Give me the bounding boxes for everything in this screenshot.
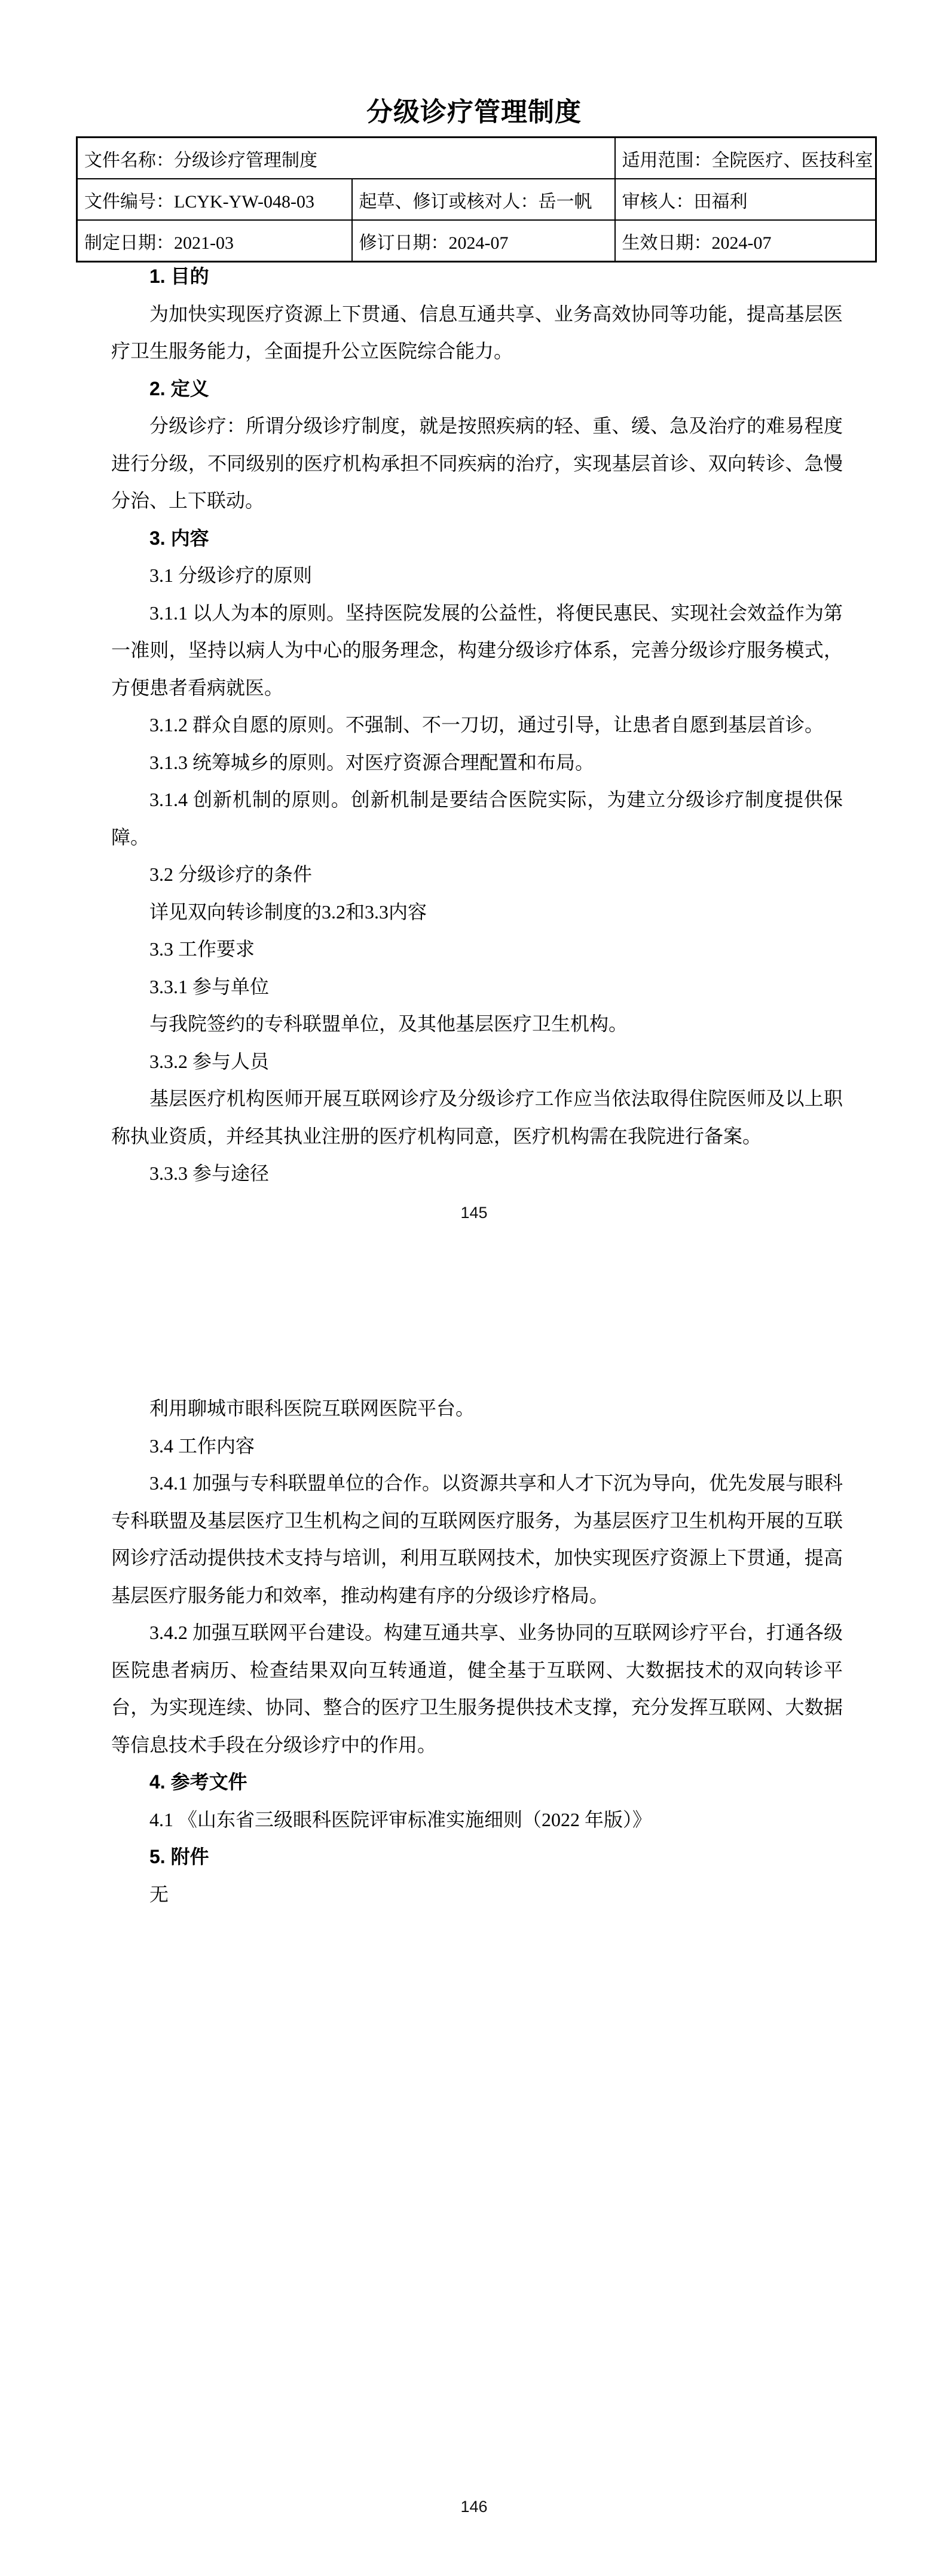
paragraph-3-1-2: 3.1.2 群众自愿的原则。不强制、不一刀切，通过引导，让患者自愿到基层首诊。 xyxy=(111,706,843,744)
subheading-3-3-2: 3.3.2 参与人员 xyxy=(111,1043,843,1081)
info-cell-revised-date: 修订日期：2024-07 xyxy=(352,220,615,262)
info-cell-created-date: 制定日期：2021-03 xyxy=(77,220,352,262)
paragraph-attachment-none: 无 xyxy=(111,1876,843,1913)
subheading-3-2: 3.2 分级诊疗的条件 xyxy=(111,856,843,893)
page-1-content: 1. 目的 为加快实现医疗资源上下贯通、信息互通共享、业务高效协同等功能，提高基… xyxy=(111,258,843,1192)
info-cell-reviewer: 审核人：田福利 xyxy=(615,179,876,220)
subheading-3-3-3: 3.3.3 参与途径 xyxy=(111,1155,843,1192)
subheading-3-3-1: 3.3.1 参与单位 xyxy=(111,968,843,1006)
info-cell-file-name: 文件名称：分级诊疗管理制度 xyxy=(77,138,615,179)
heading-references: 4. 参考文件 xyxy=(111,1763,843,1801)
paragraph-definition: 分级诊疗：所谓分级诊疗制度，就是按照疾病的轻、重、缓、急及治疗的难易程度进行分级… xyxy=(111,407,843,520)
subheading-3-3: 3.3 工作要求 xyxy=(111,930,843,968)
heading-content: 3. 内容 xyxy=(111,520,843,557)
paragraph-purpose: 为加快实现医疗资源上下贯通、信息互通共享、业务高效协同等功能，提高基层医疗卫生服… xyxy=(111,295,843,370)
info-cell-file-number: 文件编号：LCYK-YW-048-03 xyxy=(77,179,352,220)
paragraph-3-4-1: 3.4.1 加强与专科联盟单位的合作。以资源共享和人才下沉为导向，优先发展与眼科… xyxy=(111,1464,843,1614)
page-2-content: 利用聊城市眼科医院互联网医院平台。 3.4 工作内容 3.4.1 加强与专科联盟… xyxy=(111,1390,843,1913)
paragraph-3-2: 详见双向转诊制度的3.2和3.3内容 xyxy=(111,893,843,931)
document-page: 分级诊疗管理制度 文件名称：分级诊疗管理制度 适用范围：全院医疗、医技科室 文件… xyxy=(0,0,948,2576)
paragraph-3-3-3-continued: 利用聊城市眼科医院互联网医院平台。 xyxy=(111,1390,843,1427)
info-cell-effective-date: 生效日期：2024-07 xyxy=(615,220,876,262)
paragraph-4-1: 4.1 《山东省三级眼科医院评审标准实施细则（2022 年版）》 xyxy=(111,1801,843,1839)
page-number-146: 146 xyxy=(0,2495,948,2519)
info-table-row-3: 制定日期：2021-03 修订日期：2024-07 生效日期：2024-07 xyxy=(77,220,876,262)
heading-purpose: 1. 目的 xyxy=(111,258,843,295)
info-table-row-2: 文件编号：LCYK-YW-048-03 起草、修订或核对人：岳一帆 审核人：田福… xyxy=(77,179,876,220)
paragraph-3-1-1: 3.1.1 以人为本的原则。坚持医院发展的公益性，将便民惠民、实现社会效益作为第… xyxy=(111,594,843,707)
info-cell-drafter: 起草、修订或核对人：岳一帆 xyxy=(352,179,615,220)
paragraph-3-3-1: 与我院签约的专科联盟单位，及其他基层医疗卫生机构。 xyxy=(111,1005,843,1043)
document-title: 分级诊疗管理制度 xyxy=(0,93,948,132)
info-table: 文件名称：分级诊疗管理制度 适用范围：全院医疗、医技科室 文件编号：LCYK-Y… xyxy=(76,136,877,263)
paragraph-3-3-2: 基层医疗机构医师开展互联网诊疗及分级诊疗工作应当依法取得住院医师及以上职称执业资… xyxy=(111,1080,843,1155)
heading-attachments: 5. 附件 xyxy=(111,1838,843,1876)
subheading-3-1: 3.1 分级诊疗的原则 xyxy=(111,557,843,594)
subheading-3-4: 3.4 工作内容 xyxy=(111,1427,843,1465)
paragraph-3-1-4: 3.1.4 创新机制的原则。创新机制是要结合医院实际，为建立分级诊疗制度提供保障… xyxy=(111,781,843,856)
info-cell-scope: 适用范围：全院医疗、医技科室 xyxy=(615,138,876,179)
page-number-145: 145 xyxy=(0,1201,948,1225)
paragraph-3-1-3: 3.1.3 统筹城乡的原则。对医疗资源合理配置和布局。 xyxy=(111,744,843,782)
heading-definition: 2. 定义 xyxy=(111,370,843,408)
paragraph-3-4-2: 3.4.2 加强互联网平台建设。构建互通共享、业务协同的互联网诊疗平台，打通各级… xyxy=(111,1614,843,1763)
info-table-row-1: 文件名称：分级诊疗管理制度 适用范围：全院医疗、医技科室 xyxy=(77,138,876,179)
